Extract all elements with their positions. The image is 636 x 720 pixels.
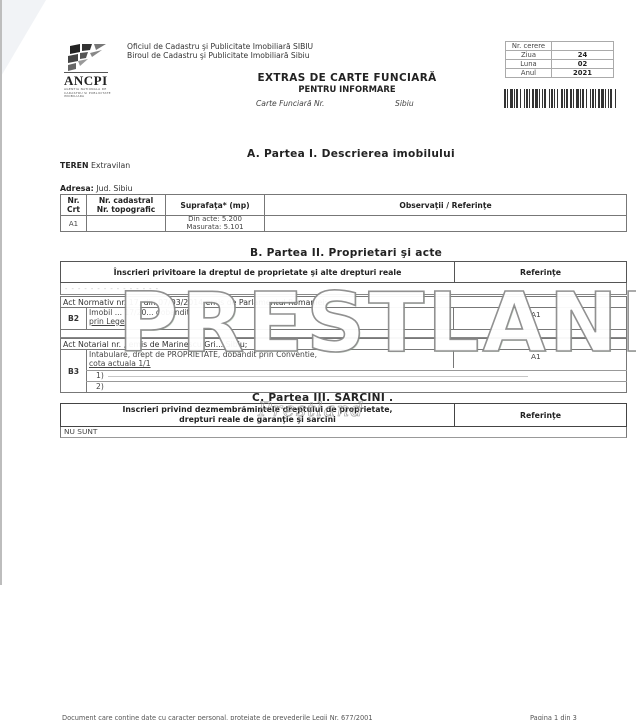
address-label: Adresa: bbox=[60, 184, 94, 193]
request-value bbox=[552, 42, 614, 51]
address-line: Adresa: Jud. Sibiu bbox=[60, 184, 133, 193]
col-nr-line-1: Nr. bbox=[64, 196, 83, 205]
cf-city: Sibiu bbox=[395, 99, 414, 108]
entry-number: B3 bbox=[61, 350, 87, 392]
area-masurata: Masurata: 5.101 bbox=[169, 224, 261, 232]
watermark-main: PRESTLAND bbox=[118, 283, 636, 365]
carte-funciara-line: Carte Funciară Nr. Sibiu bbox=[256, 99, 324, 108]
office-line-1: Oficiul de Cadastru şi Publicitate Imobi… bbox=[127, 42, 313, 51]
request-row: Anul 2021 bbox=[506, 69, 614, 78]
watermark-sub: Prestland bbox=[258, 397, 364, 421]
request-info-table: Nr. cerere Ziua 24 Luna 02 Anul 2021 bbox=[505, 41, 614, 78]
col-cadastral: Nr. cadastral Nr. topografic bbox=[87, 195, 166, 216]
col-nr-line-2: Crt bbox=[64, 205, 83, 214]
property-type: TEREN Extravilan bbox=[60, 161, 130, 170]
request-label: Anul bbox=[506, 69, 552, 78]
page-corner-fold bbox=[0, 0, 46, 78]
address-value: Jud. Sibiu bbox=[96, 184, 132, 193]
footer-notice: Document care conţine date cu caracter p… bbox=[62, 714, 373, 720]
document-subtitle: PENTRU INFORMARE bbox=[230, 84, 464, 94]
property-type-rest: Extravilan bbox=[91, 161, 130, 170]
part-a-header-row: Nr. Crt Nr. cadastral Nr. topografic Sup… bbox=[61, 195, 627, 216]
part-b-title: B. Partea II. Proprietari şi acte bbox=[250, 247, 442, 259]
request-row: Luna 02 bbox=[506, 60, 614, 69]
logo-subtitle: AGENTIA NATIONALA DE CADASTRU SI PUBLICI… bbox=[64, 88, 126, 99]
entry-number: B2 bbox=[61, 308, 87, 329]
cell-suprafata: Din acte: 5.200 Masurata: 5.101 bbox=[166, 216, 265, 232]
document-title: EXTRAS DE CARTE FUNCIARĂ bbox=[230, 72, 464, 84]
col-suprafata: Suprafaţa* (mp) bbox=[166, 195, 265, 216]
page-number: Pagina 1 din 3 bbox=[530, 714, 577, 720]
col-nr-crt: Nr. Crt bbox=[61, 195, 87, 216]
cell-nr: A1 bbox=[61, 216, 87, 232]
ancpi-logo: ANCPI AGENTIA NATIONALA DE CADASTRU SI P… bbox=[60, 44, 128, 100]
part-a-title: A. Partea I. Descrierea imobilului bbox=[247, 148, 455, 160]
document-title-block: EXTRAS DE CARTE FUNCIARĂ PENTRU INFORMAR… bbox=[230, 72, 464, 94]
sub-entry-label: 1) bbox=[96, 371, 104, 380]
request-label: Nr. cerere bbox=[506, 42, 552, 51]
ancpi-logo-mark-icon bbox=[66, 44, 106, 72]
col-cad-line-2: Nr. topografic bbox=[90, 205, 162, 214]
sub-entry-1: 1) bbox=[86, 370, 627, 380]
cell-cadastral bbox=[87, 216, 166, 232]
col-cad-line-1: Nr. cadastral bbox=[90, 196, 162, 205]
property-type-bold: TEREN bbox=[60, 161, 89, 170]
part-a-table: Nr. Crt Nr. cadastral Nr. topografic Sup… bbox=[60, 194, 627, 232]
request-label: Ziua bbox=[506, 51, 552, 60]
cf-label: Carte Funciară Nr. bbox=[256, 99, 324, 108]
strike-line bbox=[108, 376, 528, 377]
request-row: Nr. cerere bbox=[506, 42, 614, 51]
col-references: Referinţe bbox=[455, 404, 626, 426]
cell-observatii bbox=[265, 216, 627, 232]
request-label: Luna bbox=[506, 60, 552, 69]
office-line-2: Biroul de Cadastru şi Publicitate Imobil… bbox=[127, 51, 313, 60]
request-row: Ziua 24 bbox=[506, 51, 614, 60]
barcode-icon bbox=[504, 89, 616, 108]
request-value: 2021 bbox=[552, 69, 614, 78]
table-row: A1 Din acte: 5.200 Masurata: 5.101 bbox=[61, 216, 627, 232]
no-encumbrances-row: NU SUNT bbox=[60, 427, 627, 438]
request-value: 02 bbox=[552, 60, 614, 69]
col-observatii: Observaţii / Referinţe bbox=[265, 195, 627, 216]
scan-edge bbox=[0, 0, 2, 585]
request-value: 24 bbox=[552, 51, 614, 60]
office-info: Oficiul de Cadastru şi Publicitate Imobi… bbox=[127, 42, 313, 60]
sub-entry-label: 2) bbox=[96, 382, 104, 391]
sub-entry-2: 2) bbox=[86, 381, 627, 391]
